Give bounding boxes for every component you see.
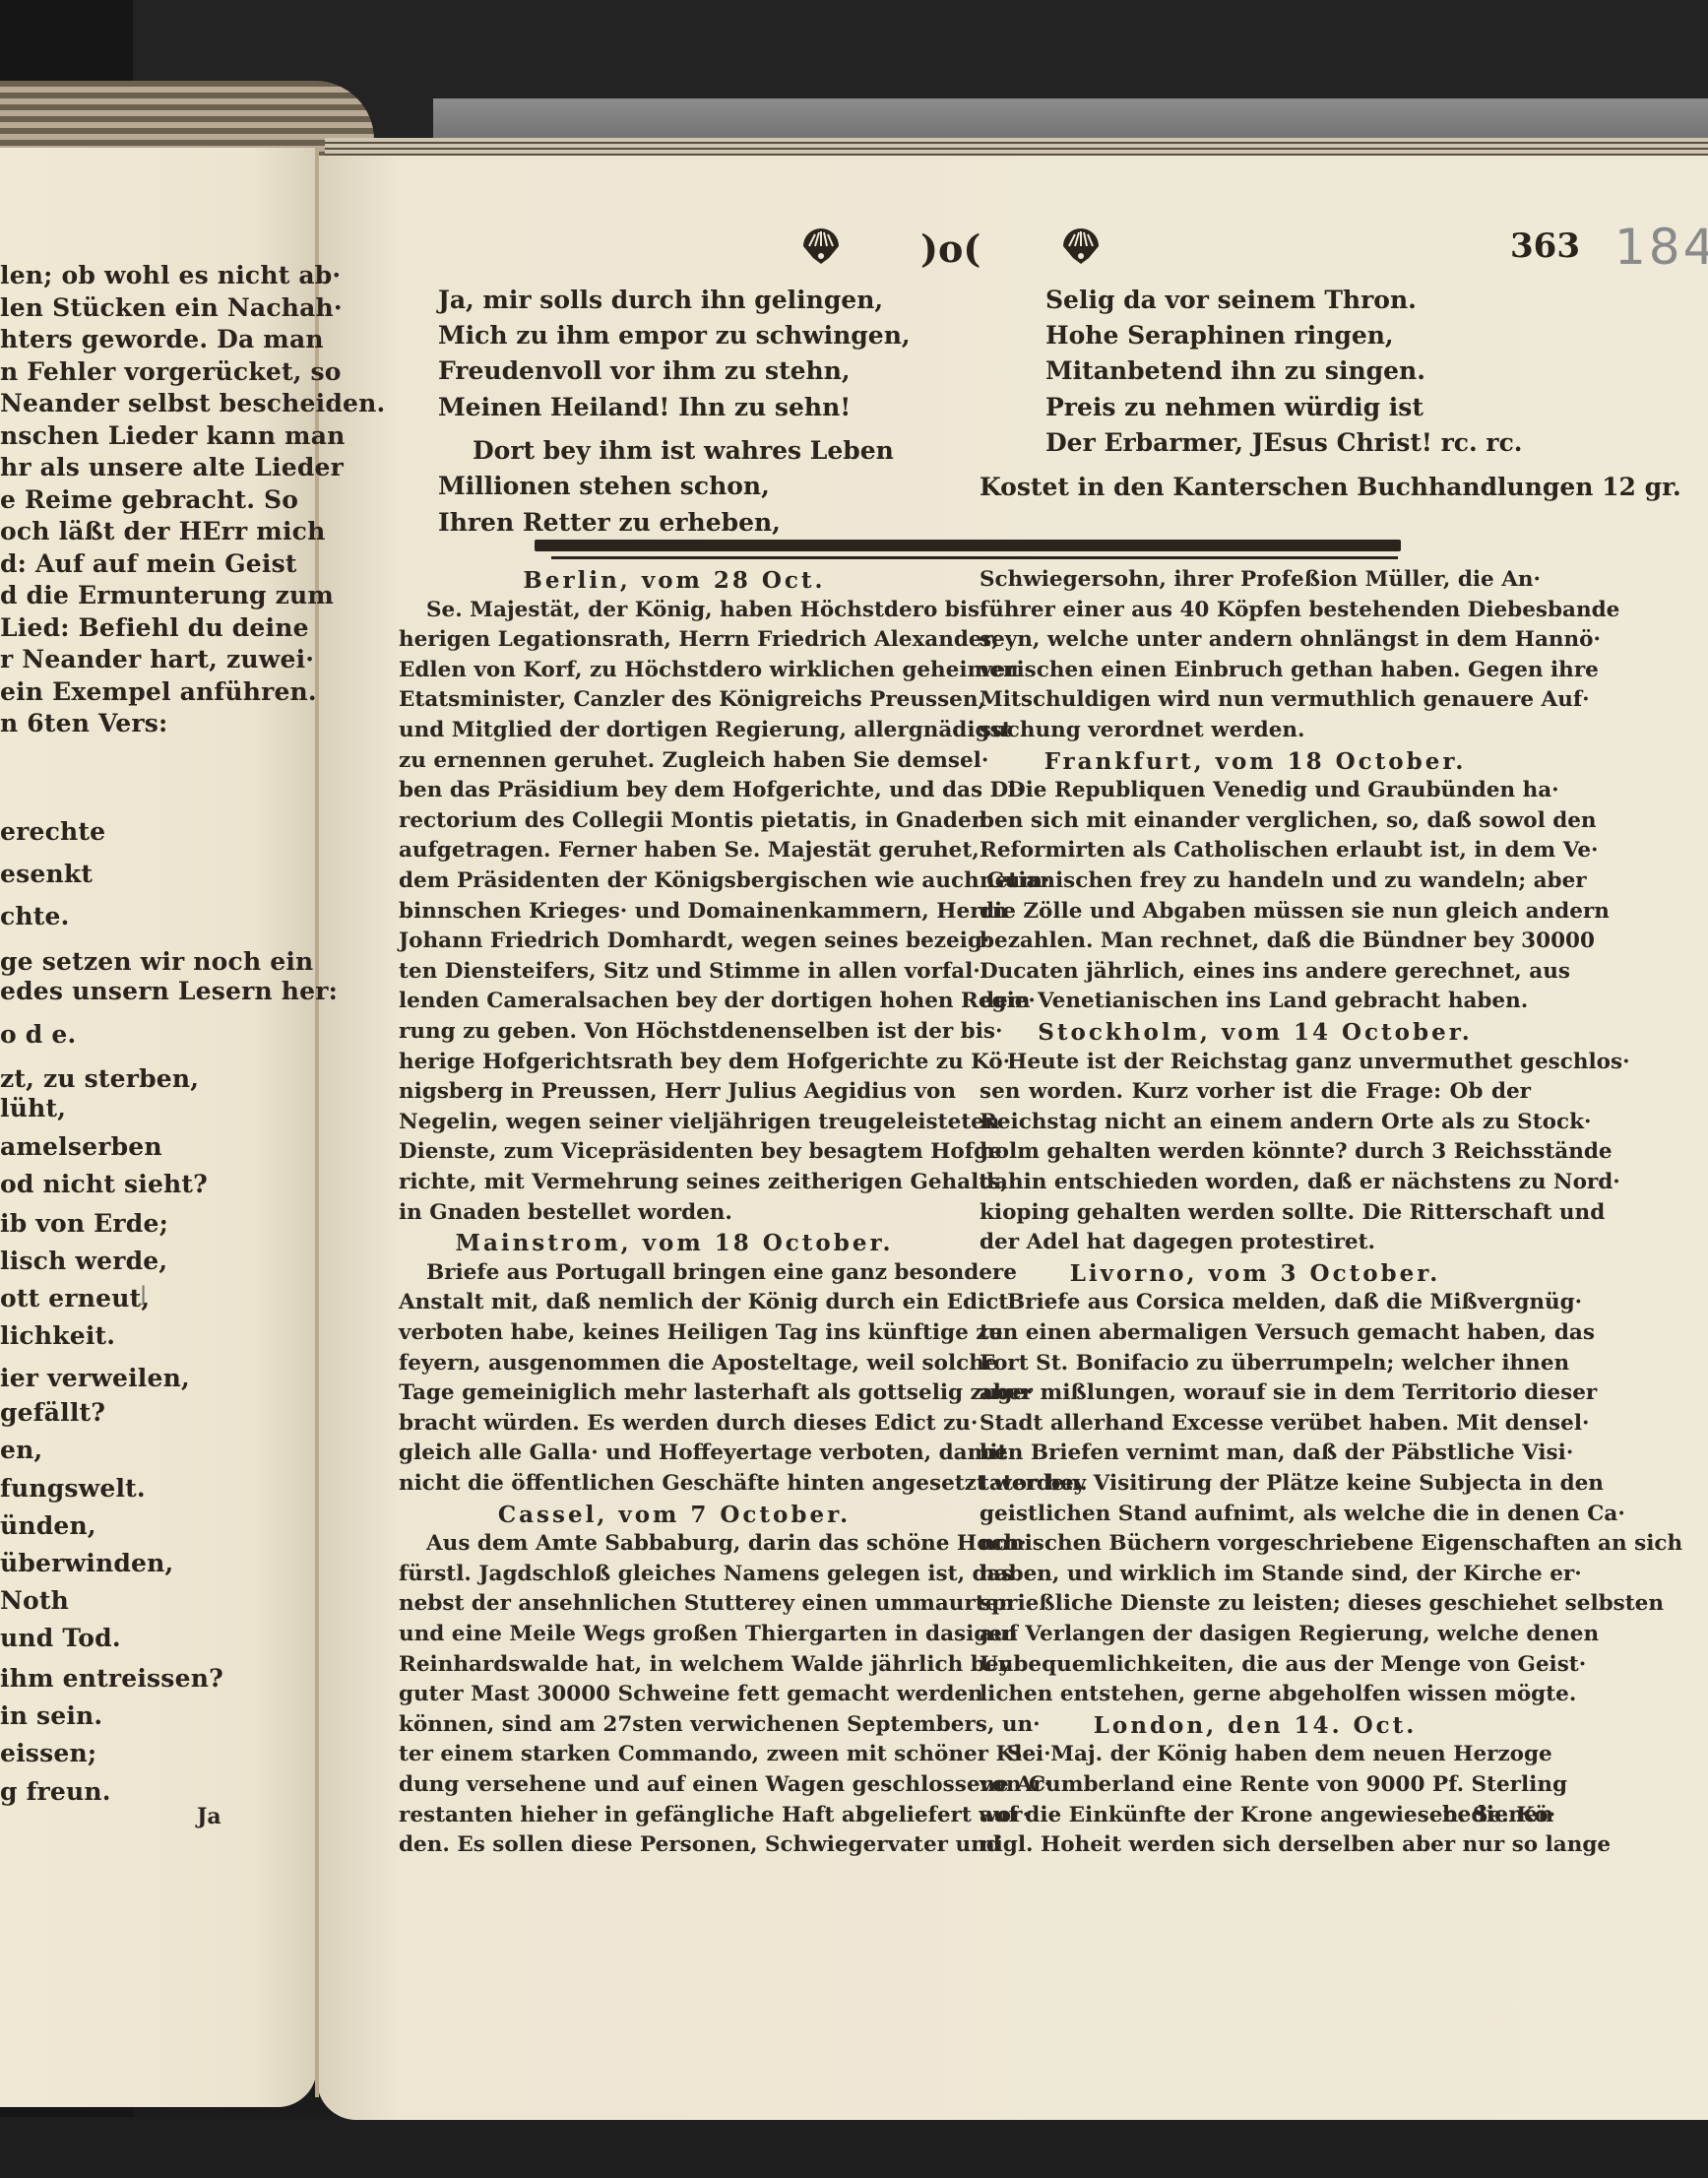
left-page-line: d: Auf auf mein Geist bbox=[0, 549, 297, 578]
news-text-line: Anstalt mit, daß nemlich der König durch… bbox=[399, 1290, 950, 1314]
left-page-line: len Stücken ein Nachah· bbox=[0, 293, 343, 322]
left-page-line: ott erneut, bbox=[0, 1284, 150, 1313]
left-page-line: und Tod. bbox=[0, 1624, 121, 1652]
news-text-line: bezahlen. Man rechnet, daß die Bündner b… bbox=[980, 929, 1531, 953]
poem-line: Preis zu nehmen würdig ist bbox=[1045, 393, 1423, 421]
news-text-line: dung versehene und auf einen Wagen gesch… bbox=[399, 1772, 950, 1797]
left-page-line: erechte bbox=[0, 817, 105, 846]
left-page-line: Neander selbst bescheiden. bbox=[0, 389, 385, 417]
left-page-line: überwinden, bbox=[0, 1549, 173, 1577]
left-page-line: g freun. bbox=[0, 1777, 111, 1806]
left-page-line: ib von Erde; bbox=[0, 1209, 168, 1238]
news-text-line: aber mißlungen, worauf sie in dem Territ… bbox=[980, 1380, 1531, 1405]
news-text-line: dahin entschieden worden, daß er nächste… bbox=[980, 1170, 1531, 1194]
news-text-line: dem Präsidenten der Königsbergischen wie… bbox=[399, 868, 950, 893]
news-text-line: Reformirten als Catholischen erlaubt ist… bbox=[980, 838, 1531, 863]
poem-line: Mich zu ihm empor zu schwingen, bbox=[438, 321, 911, 350]
news-text-line: rectorium des Collegii Montis pietatis, … bbox=[399, 808, 950, 833]
news-text-line: bracht würden. Es werden durch dieses Ed… bbox=[399, 1411, 950, 1436]
news-dateline: Livorno, vom 3 October. bbox=[980, 1260, 1531, 1287]
left-page-line: ein Exempel anführen. bbox=[0, 677, 317, 706]
page-number: 363 bbox=[1510, 226, 1580, 266]
left-page-line: esenkt bbox=[0, 860, 93, 888]
poem-line: Millionen stehen schon, bbox=[438, 472, 770, 500]
news-text-line: auf Verlangen der dasigen Regierung, wel… bbox=[980, 1622, 1531, 1646]
left-page-line: eissen; bbox=[0, 1739, 96, 1767]
news-text-line: guter Mast 30000 Schweine fett gemacht w… bbox=[399, 1682, 950, 1706]
news-text-line: Se. Maj. der König haben dem neuen Herzo… bbox=[980, 1742, 1531, 1766]
news-text-line: Heute ist der Reichstag ganz unvermuthet… bbox=[980, 1050, 1531, 1074]
news-text-line: Tage gemeiniglich mehr lasterhaft als go… bbox=[399, 1380, 950, 1405]
news-text-line: der Adel hat dagegen protestiret. bbox=[980, 1230, 1531, 1254]
left-page-line: lichkeit. bbox=[0, 1321, 115, 1350]
news-text-line: geistlichen Stand aufnimt, als welche di… bbox=[980, 1502, 1531, 1526]
news-text-line: binnschen Krieges· und Domainenkammern, … bbox=[399, 899, 950, 924]
news-text-line: netianischen frey zu handeln und zu wand… bbox=[980, 868, 1531, 893]
news-text-line: Reinhardswalde hat, in welchem Walde jäh… bbox=[399, 1652, 950, 1677]
news-dateline: Stockholm, vom 14 October. bbox=[980, 1019, 1531, 1046]
news-text-line: Reichstag nicht an einem andern Orte als… bbox=[980, 1110, 1531, 1134]
poem-line: Dort bey ihm ist wahres Leben bbox=[473, 436, 894, 465]
poem-line: Ja, mir solls durch ihn gelingen, bbox=[438, 286, 883, 314]
news-dateline: Cassel, vom 7 October. bbox=[399, 1502, 950, 1528]
news-text-line: Schwiegersohn, ihrer Profeßion Müller, d… bbox=[980, 567, 1531, 592]
poem-line: Freudenvoll vor ihm zu stehn, bbox=[438, 356, 851, 385]
news-text-line: aufgetragen. Ferner haben Se. Majestät g… bbox=[399, 838, 950, 863]
news-text-line: gleich alle Galla· und Hoffeyertage verb… bbox=[399, 1441, 950, 1465]
left-page-line: len; ob wohl es nicht ab· bbox=[0, 261, 341, 289]
left-page-line: r Neander hart, zuwei· bbox=[0, 645, 314, 673]
news-text-line: feyern, ausgenommen die Aposteltage, wei… bbox=[399, 1351, 950, 1376]
news-text-line: zu ernennen geruhet. Zugleich haben Sie … bbox=[399, 748, 950, 773]
news-text-line: nigl. Hoheit werden sich derselben aber … bbox=[980, 1832, 1531, 1857]
news-text-line: verboten habe, keines Heiligen Tag ins k… bbox=[399, 1320, 950, 1345]
news-text-line: Stadt allerhand Excesse verübet haben. M… bbox=[980, 1411, 1531, 1436]
poem-line: Ihren Retter zu erheben, bbox=[438, 508, 781, 537]
news-text-line: von Cumberland eine Rente von 9000 Pf. S… bbox=[980, 1772, 1531, 1797]
news-text-line: verischen einen Einbruch gethan haben. G… bbox=[980, 658, 1531, 682]
news-text-line: Etatsminister, Canzler des Königreichs P… bbox=[399, 687, 950, 712]
shell-ornament-icon bbox=[799, 224, 843, 279]
news-text-line: ben Briefen vernimt man, daß der Päbstli… bbox=[980, 1441, 1531, 1465]
left-page-line: o d e. bbox=[0, 1020, 76, 1049]
news-text-line: dem Venetianischen ins Land gebracht hab… bbox=[980, 989, 1531, 1013]
news-text-line: können, sind am 27sten verwichenen Septe… bbox=[399, 1712, 950, 1737]
poem-line: Hohe Seraphinen ringen, bbox=[1045, 321, 1394, 350]
news-text-line: Dienste, zum Vicepräsidenten bey besagte… bbox=[399, 1139, 950, 1164]
news-text-line: nonischen Büchern vorgeschriebene Eigens… bbox=[980, 1531, 1531, 1556]
news-dateline: Berlin, vom 28 Oct. bbox=[399, 567, 950, 594]
left-page-line: ier verweilen, bbox=[0, 1364, 190, 1392]
news-text-line: herigen Legationsrath, Herrn Friedrich A… bbox=[399, 627, 950, 652]
left-page-line: gefällt? bbox=[0, 1398, 105, 1427]
poem-line: Meinen Heiland! Ihn zu sehn! bbox=[438, 393, 851, 421]
news-text-line: lichen entstehen, gerne abgeholfen wisse… bbox=[980, 1682, 1531, 1706]
left-page-line: en, bbox=[0, 1436, 42, 1464]
news-text-line: die Zölle und Abgaben müssen sie nun gle… bbox=[980, 899, 1531, 924]
left-page-line: d die Ermunterung zum bbox=[0, 581, 334, 609]
left-page-line: amelserben bbox=[0, 1132, 162, 1161]
left-page-line: nschen Lieder kann man bbox=[0, 421, 345, 450]
news-text-line: Negelin, wegen seiner vieljährigen treug… bbox=[399, 1110, 950, 1134]
news-text-line: Fort St. Bonifacio zu überrumpeln; welch… bbox=[980, 1351, 1531, 1376]
news-text-line: Die Republiquen Venedig und Graubünden h… bbox=[980, 778, 1531, 802]
header-center-ornament: )o( bbox=[920, 226, 981, 271]
left-page-line: fungswelt. bbox=[0, 1474, 146, 1503]
news-text-line: in Gnaden bestellet worden. bbox=[399, 1200, 950, 1225]
news-text-line: haben, und wirklich im Stande sind, der … bbox=[980, 1562, 1531, 1586]
news-text-line: Edlen von Korf, zu Höchstdero wirklichen… bbox=[399, 658, 950, 682]
left-page-line: ihm entreissen? bbox=[0, 1664, 223, 1693]
left-page-line: e Reime gebracht. So bbox=[0, 485, 298, 514]
news-text-line: ben das Präsidium bey dem Hofgerichte, u… bbox=[399, 778, 950, 802]
left-page-line: hr als unsere alte Lieder bbox=[0, 453, 344, 481]
news-text-line: holm gehalten werden könnte? durch 3 Rei… bbox=[980, 1139, 1531, 1164]
news-text-line: tator bey Visitirung der Plätze keine Su… bbox=[980, 1471, 1531, 1496]
news-text-line: herige Hofgerichtsrath bey dem Hofgerich… bbox=[399, 1050, 950, 1074]
news-text-line: kioping gehalten werden sollte. Die Ritt… bbox=[980, 1200, 1531, 1225]
news-text-line: ten einen abermaligen Versuch gemacht ha… bbox=[980, 1320, 1531, 1345]
left-page-line: edes unsern Lesern her: bbox=[0, 977, 338, 1005]
left-page-line: ünden, bbox=[0, 1511, 96, 1540]
news-dateline: London, den 14. Oct. bbox=[980, 1712, 1531, 1739]
left-page-line: n 6ten Vers: bbox=[0, 709, 168, 737]
news-text-line: Briefe aus Portugall bringen eine ganz b… bbox=[399, 1260, 950, 1285]
left-page-line: od nicht sieht? bbox=[0, 1170, 208, 1198]
poem-line: Der Erbarmer, JEsus Christ! rc. rc. bbox=[1045, 428, 1523, 457]
news-text-line: ten Diensteifers, Sitz und Stimme in all… bbox=[399, 959, 950, 984]
news-text-line: den. Es sollen diese Personen, Schwieger… bbox=[399, 1832, 950, 1857]
news-text-line: richte, mit Vermehrung seines zeitherige… bbox=[399, 1170, 950, 1194]
left-page-line: Noth bbox=[0, 1586, 69, 1615]
left-page-line: zt, zu sterben, bbox=[0, 1064, 199, 1093]
poem-line: Mitanbetend ihn zu singen. bbox=[1045, 356, 1425, 385]
news-text-line: Unbequemlichkeiten, die aus der Menge vo… bbox=[980, 1652, 1531, 1677]
left-page-line: lisch werde, bbox=[0, 1247, 167, 1275]
left-page-line: ge setzen wir noch ein bbox=[0, 947, 313, 976]
right-catchword: bedienen bbox=[1442, 1802, 1553, 1827]
news-text-line: rung zu geben. Von Höchstdenenselben ist… bbox=[399, 1019, 950, 1044]
news-text-line: restanten hieher in gefängliche Haft abg… bbox=[399, 1803, 950, 1827]
left-page-line: lüht, bbox=[0, 1094, 66, 1122]
news-text-line: und eine Meile Wegs großen Thiergarten i… bbox=[399, 1622, 950, 1646]
news-text-line: nebst der ansehnlichen Stutterey einen u… bbox=[399, 1591, 950, 1616]
left-page-line: n Fehler vorgerücket, so bbox=[0, 357, 342, 386]
news-text-line: Se. Majestät, der König, haben Höchstder… bbox=[399, 598, 950, 622]
left-page-line: chte. bbox=[0, 902, 70, 930]
price-note: Kostet in den Kanterschen Buchhandlungen… bbox=[980, 473, 1681, 501]
news-text-line: ben sich mit einander verglichen, so, da… bbox=[980, 808, 1531, 833]
news-text-line: und Mitglied der dortigen Regierung, all… bbox=[399, 718, 950, 742]
section-divider-rule bbox=[535, 540, 1401, 551]
section-divider-thin-rule bbox=[551, 556, 1398, 559]
news-text-line: sen worden. Kurz vorher ist die Frage: O… bbox=[980, 1079, 1531, 1104]
poem-line: Selig da vor seinem Thron. bbox=[1045, 286, 1417, 314]
news-dateline: Mainstrom, vom 18 October. bbox=[399, 1230, 950, 1256]
news-text-line: Briefe aus Corsica melden, daß die Mißve… bbox=[980, 1290, 1531, 1314]
news-text-line: lenden Cameralsachen bey der dortigen ho… bbox=[399, 989, 950, 1013]
left-page-line: och läßt der HErr mich bbox=[0, 517, 325, 545]
news-text-line: ter einem starken Commando, zween mit sc… bbox=[399, 1742, 950, 1766]
news-text-line: Ducaten jährlich, eines ins andere gerec… bbox=[980, 959, 1531, 984]
news-text-line: suchung verordnet werden. bbox=[980, 718, 1531, 742]
shell-ornament-icon bbox=[1059, 224, 1103, 279]
news-text-line: Mitschuldigen wird nun vermuthlich genau… bbox=[980, 687, 1531, 712]
news-text-line: seyn, welche unter andern ohnlängst in d… bbox=[980, 627, 1531, 652]
news-text-line: führer einer aus 40 Köpfen bestehenden D… bbox=[980, 598, 1531, 622]
archive-folio-number: 184 bbox=[1614, 219, 1708, 276]
news-text-line: nigsberg in Preussen, Herr Julius Aegidi… bbox=[399, 1079, 950, 1104]
news-text-line: Aus dem Amte Sabbaburg, darin das schöne… bbox=[399, 1531, 950, 1556]
news-text-line: fürstl. Jagdschloß gleiches Namens geleg… bbox=[399, 1562, 950, 1586]
news-dateline: Frankfurt, vom 18 October. bbox=[980, 748, 1531, 775]
left-page-line: in sein. bbox=[0, 1701, 102, 1730]
news-text-line: sprießliche Dienste zu leisten; dieses g… bbox=[980, 1591, 1531, 1616]
margin-mark: ⌋ bbox=[138, 1283, 147, 1308]
left-page-line: Lied: Befiehl du deine bbox=[0, 613, 309, 642]
left-page-line: hters geworde. Da man bbox=[0, 325, 324, 353]
news-text-line: nicht die öffentlichen Geschäfte hinten … bbox=[399, 1471, 950, 1496]
scan-backdrop-bottom bbox=[0, 2117, 1708, 2178]
left-catchword: Ja bbox=[197, 1804, 221, 1829]
news-text-line: Johann Friedrich Domhardt, wegen seines … bbox=[399, 929, 950, 953]
